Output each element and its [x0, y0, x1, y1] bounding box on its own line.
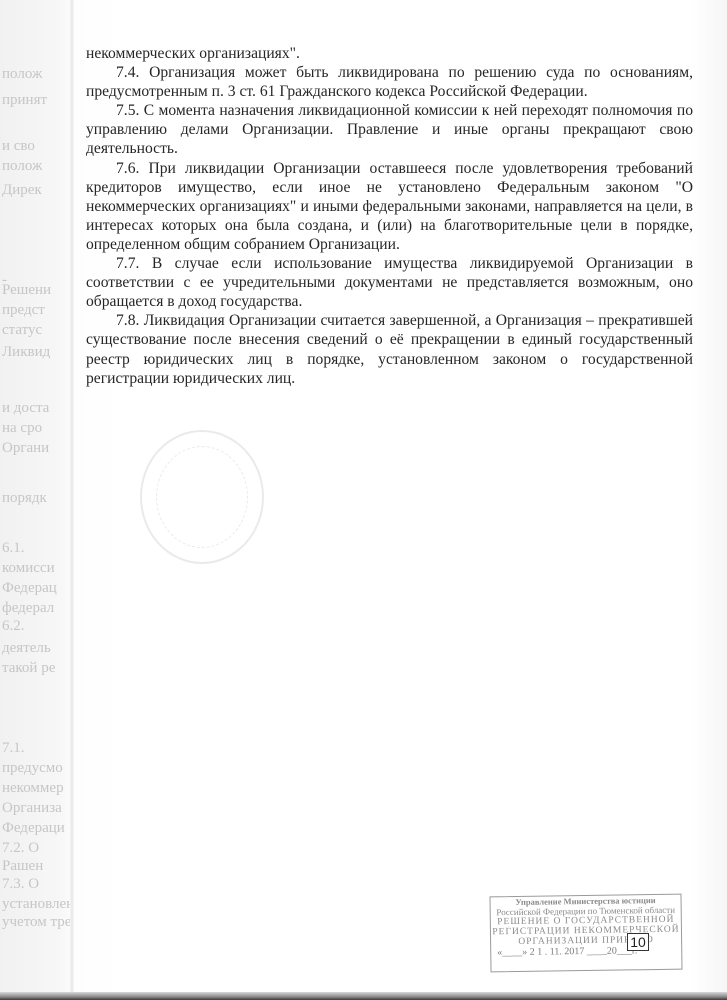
bleed-through-line: 7.2. О: [2, 840, 39, 856]
bleed-through-line: на сро: [2, 420, 42, 436]
paragraph-continuation: некоммерческих организациях".: [86, 44, 693, 63]
bleed-through-line: Федерац: [2, 580, 57, 596]
page-bottom-edge: [0, 992, 727, 1000]
faint-round-seal-icon: [140, 430, 264, 564]
bleed-through-line: предст: [2, 302, 45, 318]
bleed-through-line: 6.2.: [2, 618, 25, 634]
bleed-through-line: деятель: [2, 640, 51, 656]
bleed-through-line: 7.3. О: [2, 876, 39, 892]
bleed-through-line: Ликвид: [2, 344, 50, 360]
bleed-through-line: принят: [2, 92, 47, 108]
bleed-through-line: такой ре: [2, 660, 55, 676]
document-page: положприняти своположДирек-Решенипредстс…: [0, 0, 727, 1000]
registration-stamp: Управление Министерства юстиции Российск…: [489, 894, 682, 973]
bleed-through-line: Решени: [2, 282, 51, 298]
bleed-through-line: учетом тре: [2, 914, 70, 930]
bleed-through-line: Рашен: [2, 858, 43, 874]
bleed-through-text: положприняти своположДирек-Решенипредстс…: [0, 0, 70, 1000]
bleed-through-line: Организа: [2, 800, 62, 816]
stamp-date: «____» 2 1 . 11. 2017 ____20___г.: [491, 945, 681, 960]
bleed-through-line: 7.1.: [2, 740, 25, 756]
bleed-through-line: некоммер: [2, 780, 64, 796]
paragraph-7-5: 7.5. С момента назначения ликвидационной…: [86, 101, 693, 158]
bleed-through-line: статус: [2, 322, 42, 338]
bleed-through-line: полож: [2, 158, 42, 174]
bleed-through-line: 6.1.: [2, 540, 25, 556]
paragraph-7-4: 7.4. Организация может быть ликвидирован…: [86, 63, 693, 101]
bleed-through-line: полож: [2, 66, 42, 82]
bleed-through-line: установлен: [2, 896, 70, 912]
bleed-through-line: Дирек: [2, 182, 42, 198]
bleed-through-line: порядк: [2, 490, 47, 506]
paragraph-7-7: 7.7. В случае если использование имущест…: [86, 254, 693, 311]
page-fold-shadow: [70, 0, 74, 1000]
page-number-box: 10: [627, 933, 649, 951]
bleed-through-line: комисси: [2, 560, 55, 576]
document-body: некоммерческих организациях". 7.4. Орган…: [86, 44, 693, 388]
bleed-through-line: предусмо: [2, 760, 63, 776]
paragraph-7-8: 7.8. Ликвидация Организации считается за…: [86, 311, 693, 387]
bleed-through-line: федерал: [2, 600, 54, 616]
bleed-through-line: и доста: [2, 400, 49, 416]
paragraph-7-6: 7.6. При ликвидации Организации оставшее…: [86, 159, 693, 254]
bleed-through-line: и сво: [2, 138, 35, 154]
bleed-through-line: Федераци: [2, 820, 65, 836]
bleed-through-line: Органи: [2, 440, 49, 456]
